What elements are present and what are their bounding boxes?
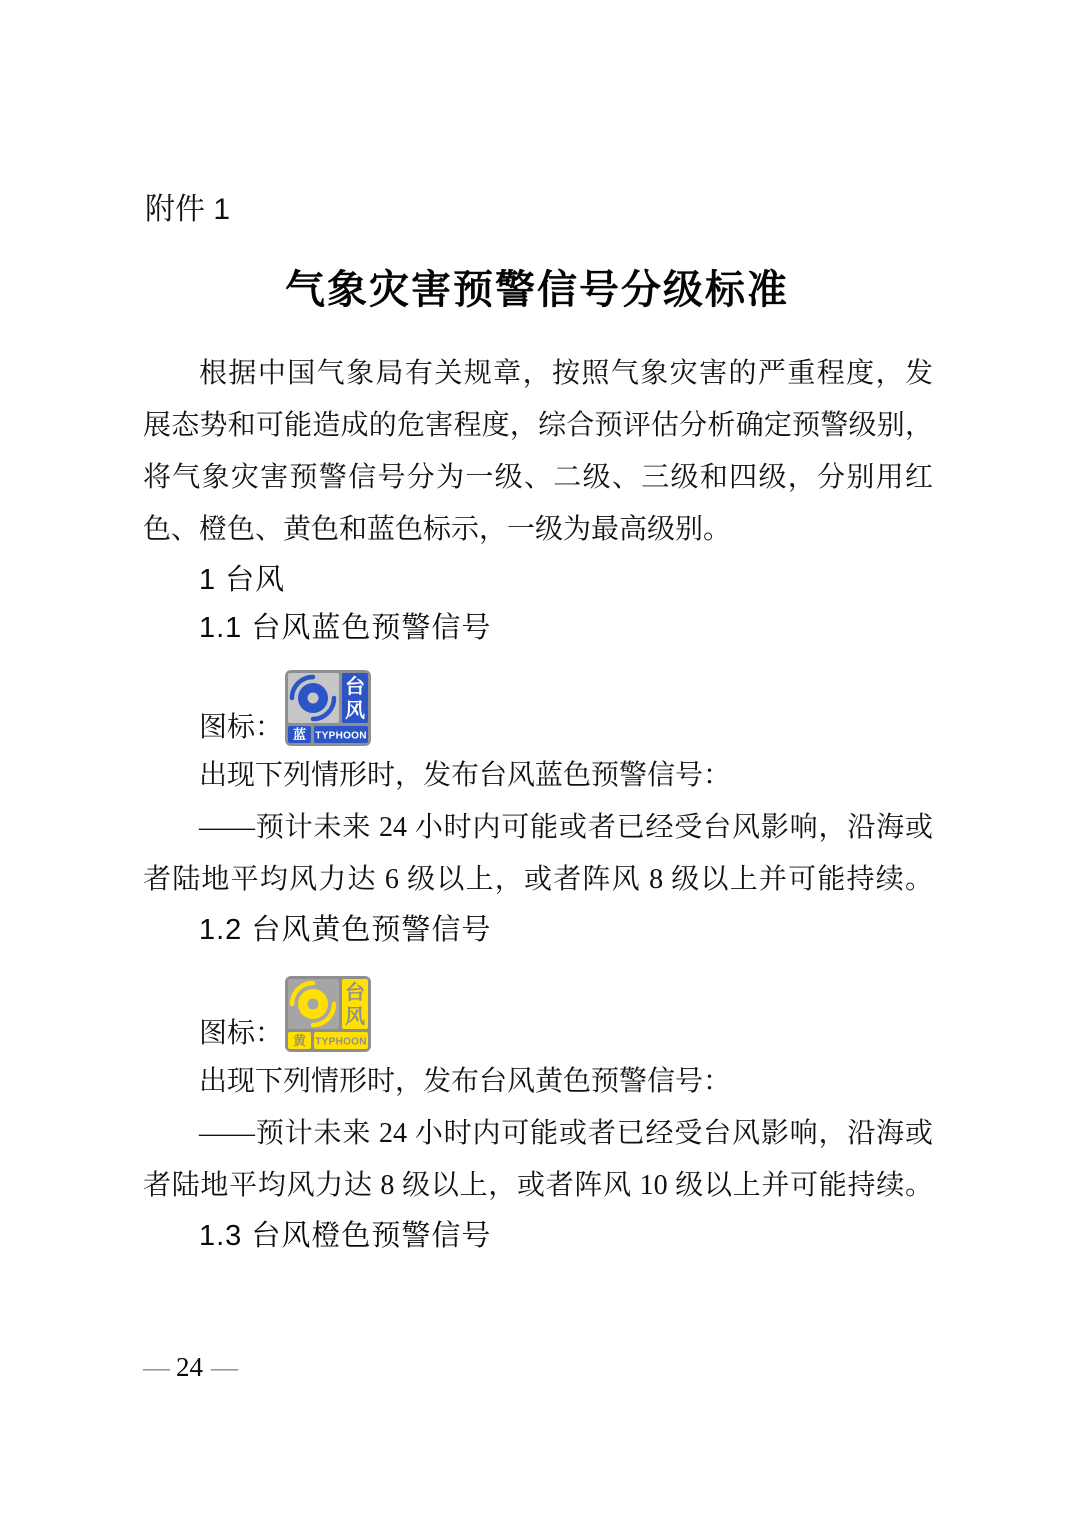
icon-level-char: 蓝 [293, 727, 306, 742]
blue-condition-line-1: ——预计未来 24 小时内可能或者已经受台风影响，沿海或 [143, 802, 933, 854]
intro-line-3: 将气象灾害预警信号分为一级、二级、三级和四级，分别用红 [143, 452, 933, 504]
yellow-issue-line: 出现下列情形时，发布台风黄色预警信号： [143, 1056, 933, 1108]
footer-right-dash: — [211, 1352, 236, 1382]
footer-left-dash: — [143, 1352, 168, 1382]
yellow-condition-line-2: 者陆地平均风力达 8 级以上，或者阵风 10 级以上并可能持续。 [143, 1160, 933, 1212]
document-body: 根据中国气象局有关规章，按照气象灾害的严重程度，发 展态势和可能造成的危害程度，… [143, 348, 933, 1260]
typhoon-blue-warning-icon: 台 风 蓝 TYPHOON [285, 670, 371, 746]
icon-name-top-char: 台 [345, 980, 365, 1004]
subsection-heading-typhoon-yellow: 1.2 台风黄色预警信号 [143, 906, 933, 954]
section-heading-typhoon: 1 台风 [143, 556, 933, 604]
footer-page-number: 24 [168, 1352, 211, 1382]
yellow-condition-line-1: ——预计未来 24 小时内可能或者已经受台风影响，沿海或 [143, 1108, 933, 1160]
blue-icon-row: 图标： 台 风 蓝 TYPHOON [143, 664, 933, 748]
icon-label: 图标： [199, 1014, 283, 1054]
document-title: 气象灾害预警信号分级标准 [0, 258, 1074, 315]
attachment-label: 附件 1 [145, 192, 230, 228]
icon-name-bottom-char: 风 [345, 699, 366, 722]
icon-latin-text: TYPHOON [315, 731, 367, 742]
intro-line-2: 展态势和可能造成的危害程度，综合预评估分析确定预警级别， [143, 400, 933, 452]
page-number-footer: —24— [143, 1352, 236, 1383]
icon-level-char: 黄 [293, 1033, 307, 1048]
intro-line-1: 根据中国气象局有关规章，按照气象灾害的严重程度，发 [143, 348, 933, 400]
icon-name-top-char: 台 [345, 674, 365, 698]
document-page: 附件 1 气象灾害预警信号分级标准 根据中国气象局有关规章，按照气象灾害的严重程… [0, 0, 1074, 1520]
subsection-heading-typhoon-orange: 1.3 台风橙色预警信号 [143, 1212, 933, 1260]
blue-condition-line-2: 者陆地平均风力达 6 级以上，或者阵风 8 级以上并可能持续。 [143, 854, 933, 906]
yellow-icon-row: 图标： 台 风 黄 TYPHOON [143, 976, 933, 1054]
blue-issue-line: 出现下列情形时，发布台风蓝色预警信号： [143, 750, 933, 802]
icon-label: 图标： [199, 708, 283, 748]
icon-latin-text: TYPHOON [315, 1037, 367, 1048]
icon-name-bottom-char: 风 [345, 1005, 366, 1028]
typhoon-yellow-warning-icon: 台 风 黄 TYPHOON [285, 976, 371, 1052]
intro-line-4: 色、橙色、黄色和蓝色标示，一级为最高级别。 [143, 504, 933, 556]
subsection-heading-typhoon-blue: 1.1 台风蓝色预警信号 [143, 604, 933, 652]
